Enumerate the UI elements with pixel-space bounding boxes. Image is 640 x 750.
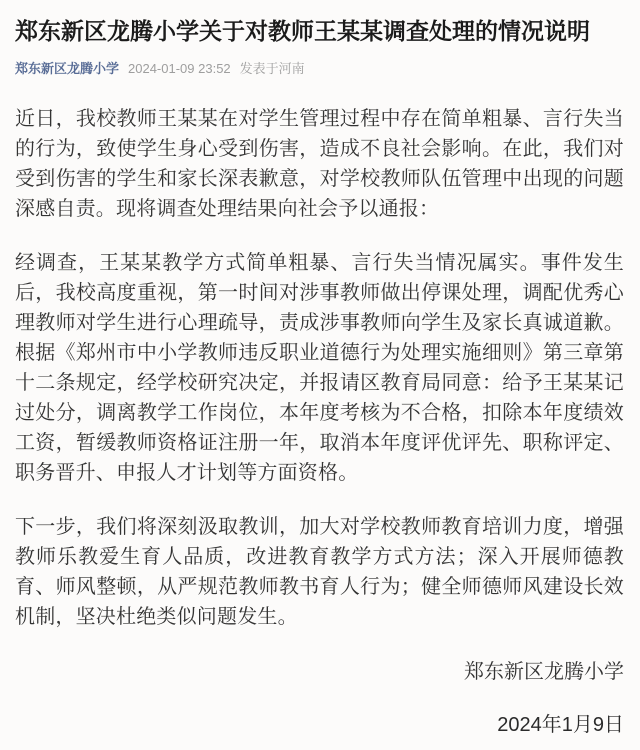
signature-school-name: 郑东新区龙腾小学 [15,657,624,687]
paragraph-investigation-result: 经调查，王某某教学方式简单粗暴、言行失当情况属实。事件发生后，我校高度重视，第一… [15,248,624,488]
article-page: 郑东新区龙腾小学关于对教师王某某调查处理的情况说明 郑东新区龙腾小学 2024-… [0,0,640,750]
signature-date: 2024年1月9日 [15,710,624,740]
publish-location: 发表于河南 [240,60,305,78]
paragraph-intro: 近日，我校教师王某某在对学生管理过程中存在简单粗暴、言行失当的行为，致使学生身心… [15,104,624,224]
byline: 郑东新区龙腾小学 2024-01-09 23:52 发表于河南 [15,60,624,78]
publish-time: 2024-01-09 23:52 [128,60,231,78]
paragraph-next-steps: 下一步，我们将深刻汲取教训，加大对学校教师教育培训力度，增强教师乐教爱生育人品质… [15,512,624,632]
article-body: 近日，我校教师王某某在对学生管理过程中存在简单粗暴、言行失当的行为，致使学生身心… [15,104,624,632]
article-title: 郑东新区龙腾小学关于对教师王某某调查处理的情况说明 [15,16,624,47]
account-name-link[interactable]: 郑东新区龙腾小学 [15,60,119,78]
